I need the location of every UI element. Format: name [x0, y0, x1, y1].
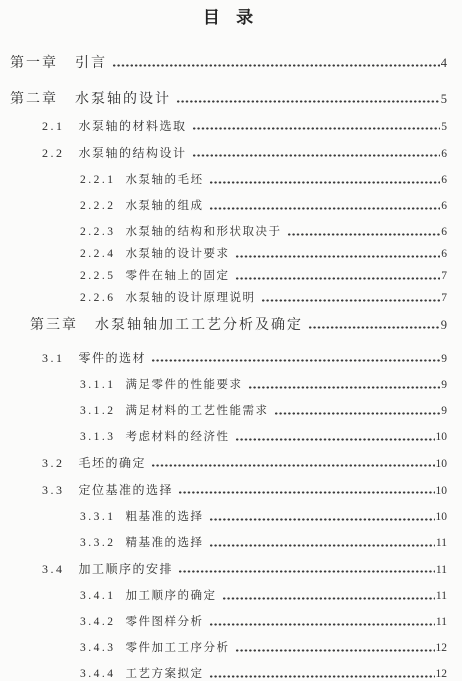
- toc-entry-number: 3.2: [42, 457, 65, 470]
- toc-entry-page: 5: [441, 121, 447, 134]
- dot-leader: [235, 276, 441, 280]
- toc-entry-page: 5: [441, 92, 447, 107]
- toc-entry-number: 2.2.1: [80, 174, 116, 187]
- toc-entry: 3.1.3 考虑材料的经济性 10: [10, 431, 447, 444]
- toc-entry-title: 加工顺序的确定: [126, 590, 217, 603]
- toc-entry: 3.3 定位基准的选择 10: [10, 484, 447, 498]
- dot-leader: [222, 596, 435, 600]
- toc-entry-number: 3.4.4: [80, 668, 116, 681]
- toc-entry: 2.2.5 零件在轴上的固定 7: [10, 270, 447, 283]
- toc-entry-title: 零件图样分析: [126, 616, 204, 629]
- toc-entry-page: 12: [436, 642, 448, 655]
- toc-entry: 3.1.2 满足材料的工艺性能需求 9: [10, 405, 447, 418]
- toc-entry-page: 6: [441, 148, 447, 161]
- toc-entry-number: 3.4.2: [80, 616, 116, 629]
- toc-entry-title: 水泵轴轴加工工艺分析及确定: [95, 318, 303, 333]
- toc-list: 第一章 引言 4 第二章 水泵轴的设计 5 2.1 水泵轴的材料选取 5 2.2…: [10, 56, 447, 681]
- toc-entry-title: 水泵轴的设计: [75, 92, 171, 107]
- dot-leader: [209, 517, 435, 521]
- toc-entry-page: 10: [436, 485, 448, 498]
- dot-leader: [209, 622, 435, 626]
- toc-entry-page: 10: [436, 458, 448, 471]
- toc-entry: 3.4.3 零件加工工序分析 12: [10, 642, 447, 655]
- dot-leader: [209, 674, 435, 678]
- toc-entry-title: 水泵轴的设计原理说明: [126, 292, 256, 305]
- dot-leader: [235, 254, 441, 258]
- toc-entry-page: 11: [436, 564, 447, 577]
- toc-entry-number: 3.4.1: [80, 590, 116, 603]
- toc-entry-title: 满足材料的工艺性能需求: [126, 405, 269, 418]
- toc-entry-title: 零件的选材: [79, 352, 147, 365]
- toc-entry: 2.2 水泵轴的结构设计 6: [10, 147, 447, 161]
- toc-entry: 3.3.1 粗基准的选择 10: [10, 511, 447, 524]
- toc-entry: 2.2.3 水泵轴的结构和形状取决于 6: [10, 226, 447, 239]
- toc-entry-number: 2.2: [42, 147, 65, 160]
- toc-entry-page: 10: [436, 431, 448, 444]
- toc-entry-number: 3.1.2: [80, 405, 116, 418]
- toc-entry: 3.4.4 工艺方案拟定 12: [10, 668, 447, 681]
- toc-entry-title: 水泵轴的材料选取: [79, 120, 187, 133]
- toc-entry-title: 定位基准的选择: [79, 484, 174, 497]
- toc-entry-title: 工艺方案拟定: [126, 668, 204, 681]
- toc-entry: 2.2.1 水泵轴的毛坯 6: [10, 174, 447, 187]
- toc-entry-page: 11: [436, 616, 447, 629]
- dot-leader: [248, 385, 441, 389]
- dot-leader: [178, 570, 435, 574]
- toc-entry: 3.4 加工顺序的安排 11: [10, 563, 447, 577]
- toc-entry-page: 6: [441, 226, 447, 239]
- toc-entry-number: 3.3.1: [80, 511, 116, 524]
- toc-entry-number: 2.2.5: [80, 270, 116, 283]
- toc-entry-page: 11: [436, 537, 447, 550]
- toc-entry-number: 3.4.3: [80, 642, 116, 655]
- toc-entry-title: 水泵轴的结构设计: [79, 147, 187, 160]
- dot-leader: [261, 298, 441, 302]
- toc-entry: 2.2.2 水泵轴的组成 6: [10, 200, 447, 213]
- toc-entry-number: 2.2.3: [80, 226, 116, 239]
- dot-leader: [235, 437, 435, 441]
- dot-leader: [151, 359, 440, 363]
- toc-entry: 3.1 零件的选材 9: [10, 352, 447, 366]
- toc-entry-page: 11: [436, 590, 447, 603]
- toc-entry-number: 第一章: [10, 56, 58, 71]
- toc-entry: 3.1.1 满足零件的性能要求 9: [10, 379, 447, 392]
- toc-entry: 3.3.2 精基准的选择 11: [10, 537, 447, 550]
- toc-entry-page: 12: [436, 668, 448, 681]
- toc-entry-number: 第二章: [10, 92, 58, 107]
- toc-entry-page: 9: [441, 405, 447, 418]
- toc-entry: 3.4.2 零件图样分析 11: [10, 616, 447, 629]
- toc-entry-title: 毛坯的确定: [79, 457, 147, 470]
- document-page: 目 录 第一章 引言 4 第二章 水泵轴的设计 5 2.1 水泵轴的材料选取 5…: [0, 0, 462, 681]
- dot-leader: [209, 180, 441, 184]
- toc-entry: 2.1 水泵轴的材料选取 5: [10, 120, 447, 134]
- toc-entry-title: 水泵轴的设计要求: [126, 248, 230, 261]
- toc-entry-page: 7: [441, 292, 447, 305]
- dot-leader: [287, 232, 441, 236]
- page-title: 目 录: [10, 6, 447, 30]
- dot-leader: [178, 491, 434, 495]
- toc-entry-title: 水泵轴的结构和形状取决于: [126, 226, 282, 239]
- toc-entry-title: 精基准的选择: [126, 537, 204, 550]
- dot-leader: [209, 543, 435, 547]
- toc-entry-page: 9: [441, 379, 447, 392]
- dot-leader: [308, 325, 440, 329]
- toc-entry-number: 2.2.2: [80, 200, 116, 213]
- toc-entry-number: 2.2.4: [80, 248, 116, 261]
- toc-entry: 3.4.1 加工顺序的确定 11: [10, 590, 447, 603]
- dot-leader: [112, 63, 440, 67]
- dot-leader: [151, 464, 434, 468]
- dot-leader: [209, 206, 441, 210]
- toc-entry-title: 粗基准的选择: [126, 511, 204, 524]
- toc-entry-title: 满足零件的性能要求: [126, 379, 243, 392]
- toc-entry-number: 3.3.2: [80, 537, 116, 550]
- toc-entry: 2.2.4 水泵轴的设计要求 6: [10, 248, 447, 261]
- toc-entry-page: 9: [441, 353, 447, 366]
- toc-entry: 第三章 水泵轴轴加工工艺分析及确定 9: [10, 318, 447, 333]
- dot-leader: [274, 411, 441, 415]
- toc-entry-title: 考虑材料的经济性: [126, 431, 230, 444]
- toc-entry-number: 3.1.3: [80, 431, 116, 444]
- toc-entry-page: 6: [441, 174, 447, 187]
- toc-entry-title: 零件加工工序分析: [126, 642, 230, 655]
- toc-entry-number: 3.4: [42, 563, 65, 576]
- toc-entry-title: 加工顺序的安排: [79, 563, 174, 576]
- toc-entry-page: 4: [441, 56, 447, 71]
- toc-entry-number: 3.1.1: [80, 379, 116, 392]
- dot-leader: [176, 99, 440, 103]
- toc-entry-page: 7: [441, 270, 447, 283]
- toc-entry: 2.2.6 水泵轴的设计原理说明 7: [10, 292, 447, 305]
- toc-entry-page: 9: [441, 318, 447, 333]
- dot-leader: [192, 154, 441, 158]
- dot-leader: [192, 127, 441, 131]
- toc-entry-page: 10: [436, 511, 448, 524]
- toc-entry-number: 3.3: [42, 484, 65, 497]
- toc-entry-title: 水泵轴的毛坯: [126, 174, 204, 187]
- toc-entry-title: 水泵轴的组成: [126, 200, 204, 213]
- toc-entry: 3.2 毛坯的确定 10: [10, 457, 447, 471]
- toc-entry-page: 6: [441, 200, 447, 213]
- toc-entry: 第二章 水泵轴的设计 5: [10, 92, 447, 107]
- toc-entry-title: 引言: [75, 56, 107, 71]
- dot-leader: [235, 648, 435, 652]
- toc-entry-number: 2.1: [42, 120, 65, 133]
- toc-entry-title: 零件在轴上的固定: [126, 270, 230, 283]
- toc-entry-page: 6: [441, 248, 447, 261]
- toc-entry-number: 第三章: [30, 318, 78, 333]
- toc-entry-number: 3.1: [42, 352, 65, 365]
- toc-entry: 第一章 引言 4: [10, 56, 447, 71]
- toc-entry-number: 2.2.6: [80, 292, 116, 305]
